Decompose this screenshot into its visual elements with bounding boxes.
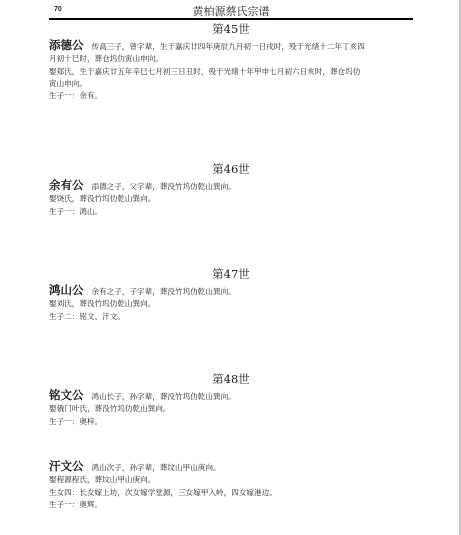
entry-intro: 余有之子，子字辈，葬没竹坞仂乾山巽向。 (92, 287, 236, 296)
entry-intro: 传高三子，曾字辈，生于嘉庆廿四年庚辰九月初一日戌时，殁于光绪十二年丁亥四 (92, 42, 365, 51)
header-rule (49, 18, 413, 20)
book-title: 黄柏源蔡氏宗谱 (49, 3, 413, 19)
generation-title: 第48世 (49, 371, 413, 387)
entry-intro: 鸿山次子，孙字辈，葬坟山甲山庚向。 (92, 463, 221, 472)
person-name: 鸿山公 (49, 283, 84, 297)
entry-line: 生子一：奥辉。 (49, 499, 413, 511)
page-header: 70 黄柏源蔡氏宗谱 (49, 3, 413, 18)
genealogy-entry: 铭文公鸿山长子，孙字辈，葬没竹坞仂乾山巽向。 娶俄门叶氏，葬没竹坞仂乾山巽向。 … (49, 389, 413, 428)
entry-intro: 添德之子，父字辈，葬没竹坞仂乾山巽向。 (92, 182, 236, 191)
entry-line: 生子二：铭文、汗文。 (49, 311, 413, 323)
entry-line: 娶程源程氏，葬坟山甲山庚向。 (49, 474, 413, 486)
person-name: 添德公 (49, 38, 84, 52)
generation-title: 第45世 (49, 21, 413, 37)
entry-line: 生子一：余有。 (49, 90, 413, 102)
entry-line: 生女四：长女嫁上坊，次女嫁学堂源，三女嫁甲入岭，四女嫁港边。 (49, 487, 413, 499)
entry-line: 娶俄门叶氏，葬没竹坞仂乾山巽向。 (49, 403, 413, 415)
genealogy-entry: 汗文公鸿山次子，孙字辈，葬坟山甲山庚向。 娶程源程氏，葬坟山甲山庚向。 生女四：… (49, 460, 413, 511)
genealogy-entry: 鸿山公余有之子，子字辈，葬没竹坞仂乾山巽向。 娶刘氏，葬没竹坞仂乾山巽向。 生子… (49, 284, 413, 323)
entry-line: 月初十巳时，葬仓坞仂寅山申向。 (49, 53, 413, 65)
generation-title: 第47世 (49, 266, 413, 282)
genealogy-entry: 余有公添德之子，父字辈，葬没竹坞仂乾山巽向。 娶饶氏，葬没竹坞仂乾山巽向。 生子… (49, 179, 413, 218)
entry-line: 寅山申向。 (49, 78, 413, 90)
person-name: 汗文公 (49, 459, 84, 473)
entry-line: 生子一：奥梓。 (49, 416, 413, 428)
entry-line: 生子一：鸿山。 (49, 206, 413, 218)
entry-line: 娶饶氏，葬没竹坞仂乾山巽向。 (49, 193, 413, 205)
person-name: 铭文公 (49, 388, 84, 402)
genealogy-entry: 添德公传高三子，曾字辈，生于嘉庆廿四年庚辰九月初一日戌时，殁于光绪十二年丁亥四 … (49, 39, 413, 102)
entry-line: 娶刘氏，葬没竹坞仂乾山巽向。 (49, 298, 413, 310)
entry-intro: 鸿山长子，孙字辈，葬没竹坞仂乾山巽向。 (92, 392, 236, 401)
entry-line: 娶郑氏，生于嘉庆廿五年辛巳七月初三日丑时，殁于光绪十年甲申七月初六日亥时，葬仓坞… (49, 66, 413, 78)
person-name: 余有公 (49, 178, 84, 192)
generation-title: 第46世 (49, 161, 413, 177)
